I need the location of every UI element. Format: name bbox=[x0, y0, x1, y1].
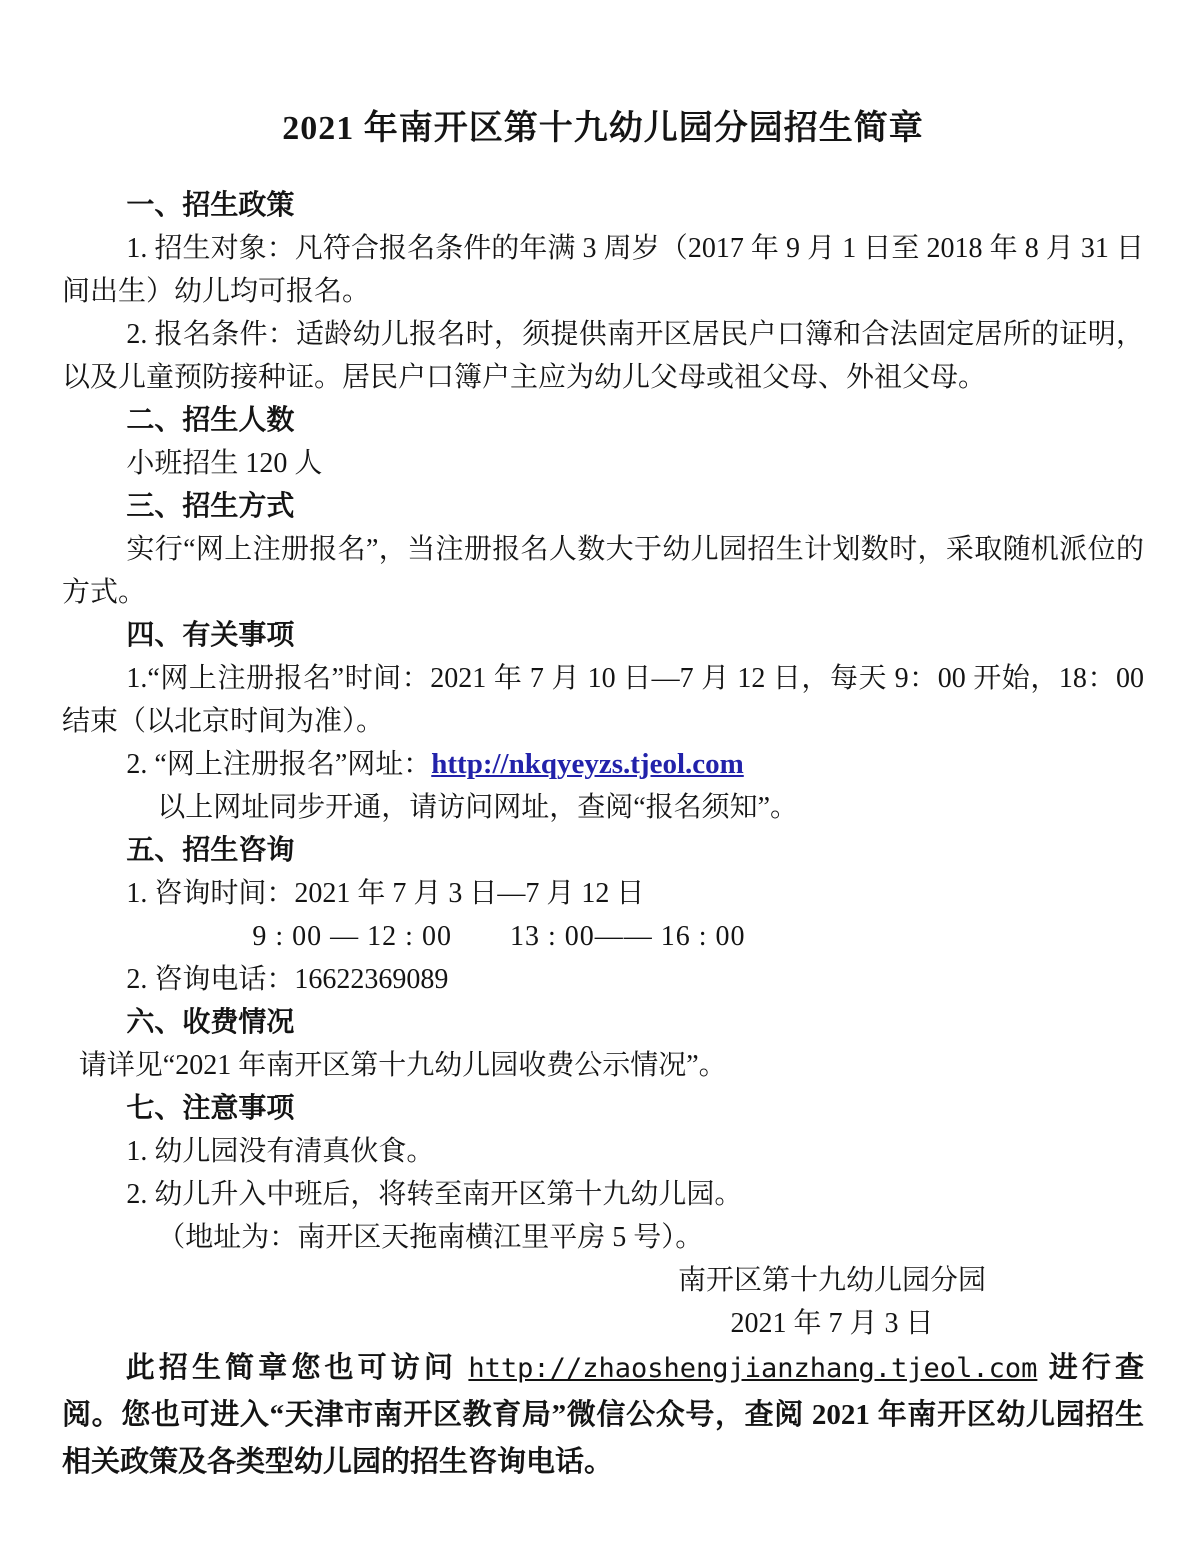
announcement-site-link[interactable]: http://zhaoshengjianzhang.tjeol.com bbox=[468, 1353, 1037, 1384]
signature-block: 南开区第十九幼儿园分园 2021 年 7 月 3 日 bbox=[678, 1259, 986, 1345]
document-page: 2021 年南开区第十九幼儿园分园招生简章 一、招生政策 1. 招生对象：凡符合… bbox=[0, 0, 1200, 1552]
section-3-heading: 三、招生方式 bbox=[62, 485, 1144, 528]
section-5-para-phone: 2. 咨询电话：16622369089 bbox=[62, 958, 1144, 1001]
signature-date: 2021 年 7 月 3 日 bbox=[678, 1302, 986, 1345]
section-7-para-transfer: 2. 幼儿升入中班后，将转至南开区第十九幼儿园。 bbox=[62, 1173, 1144, 1216]
section-enrollment-method: 三、招生方式 实行“网上注册报名”，当注册报名人数大于幼儿园招生计划数时，采取随… bbox=[62, 485, 1144, 614]
section-4-heading: 四、有关事项 bbox=[62, 614, 1144, 657]
website-label: 2. “网上注册报名”网址： bbox=[126, 749, 431, 780]
section-4-para-website: 2. “网上注册报名”网址：http://nkqyeyzs.tjeol.com bbox=[62, 743, 1144, 786]
section-7-para-address: （地址为：南开区天拖南横江里平房 5 号）。 bbox=[62, 1216, 1144, 1259]
section-1-para-conditions: 2. 报名条件：适龄幼儿报名时，须提供南开区居民户口簿和合法固定居所的证明，以及… bbox=[62, 313, 1144, 399]
section-4-para-note: 以上网址同步开通，请访问网址，查阅“报名须知”。 bbox=[62, 786, 1144, 829]
section-7-heading: 七、注意事项 bbox=[62, 1087, 1144, 1130]
section-2-para-count: 小班招生 120 人 bbox=[62, 442, 1144, 485]
section-6-para-fees: 请详见“2021 年南开区第十九幼儿园收费公示情况”。 bbox=[62, 1044, 1144, 1087]
footer-paragraph: 此招生简章您也可访问 http://zhaoshengjianzhang.tje… bbox=[62, 1345, 1144, 1486]
section-5-para-consult-time: 1. 咨询时间：2021 年 7 月 3 日—7 月 12 日 bbox=[62, 872, 1144, 915]
section-5-para-hours: 9 : 00 — 12 : 00 13 : 00—— 16 : 00 bbox=[62, 915, 1144, 958]
footer-text-before-link: 此招生简章您也可访问 bbox=[126, 1352, 469, 1384]
section-1-heading: 一、招生政策 bbox=[62, 184, 1144, 227]
signature-organization: 南开区第十九幼儿园分园 bbox=[678, 1259, 986, 1302]
section-related-matters: 四、有关事项 1.“网上注册报名”时间：2021 年 7 月 10 日—7 月 … bbox=[62, 614, 1144, 829]
section-3-para-method: 实行“网上注册报名”，当注册报名人数大于幼儿园招生计划数时，采取随机派位的方式。 bbox=[62, 528, 1144, 614]
section-enrollment-policy: 一、招生政策 1. 招生对象：凡符合报名条件的年满 3 周岁（2017 年 9 … bbox=[62, 184, 1144, 399]
section-enrollment-number: 二、招生人数 小班招生 120 人 bbox=[62, 399, 1144, 485]
section-fees: 六、收费情况 请详见“2021 年南开区第十九幼儿园收费公示情况”。 bbox=[62, 1001, 1144, 1087]
registration-site-link[interactable]: http://nkqyeyzs.tjeol.com bbox=[431, 748, 744, 780]
section-7-para-halal: 1. 幼儿园没有清真伙食。 bbox=[62, 1130, 1144, 1173]
section-5-heading: 五、招生咨询 bbox=[62, 829, 1144, 872]
section-6-heading: 六、收费情况 bbox=[62, 1001, 1144, 1044]
section-notes: 七、注意事项 1. 幼儿园没有清真伙食。 2. 幼儿升入中班后，将转至南开区第十… bbox=[62, 1087, 1144, 1259]
section-4-para-time: 1.“网上注册报名”时间：2021 年 7 月 10 日—7 月 12 日，每天… bbox=[62, 657, 1144, 743]
section-2-heading: 二、招生人数 bbox=[62, 399, 1144, 442]
section-1-para-target: 1. 招生对象：凡符合报名条件的年满 3 周岁（2017 年 9 月 1 日至 … bbox=[62, 227, 1144, 313]
section-consultation: 五、招生咨询 1. 咨询时间：2021 年 7 月 3 日—7 月 12 日 9… bbox=[62, 829, 1144, 1001]
page-title: 2021 年南开区第十九幼儿园分园招生简章 bbox=[62, 100, 1144, 158]
